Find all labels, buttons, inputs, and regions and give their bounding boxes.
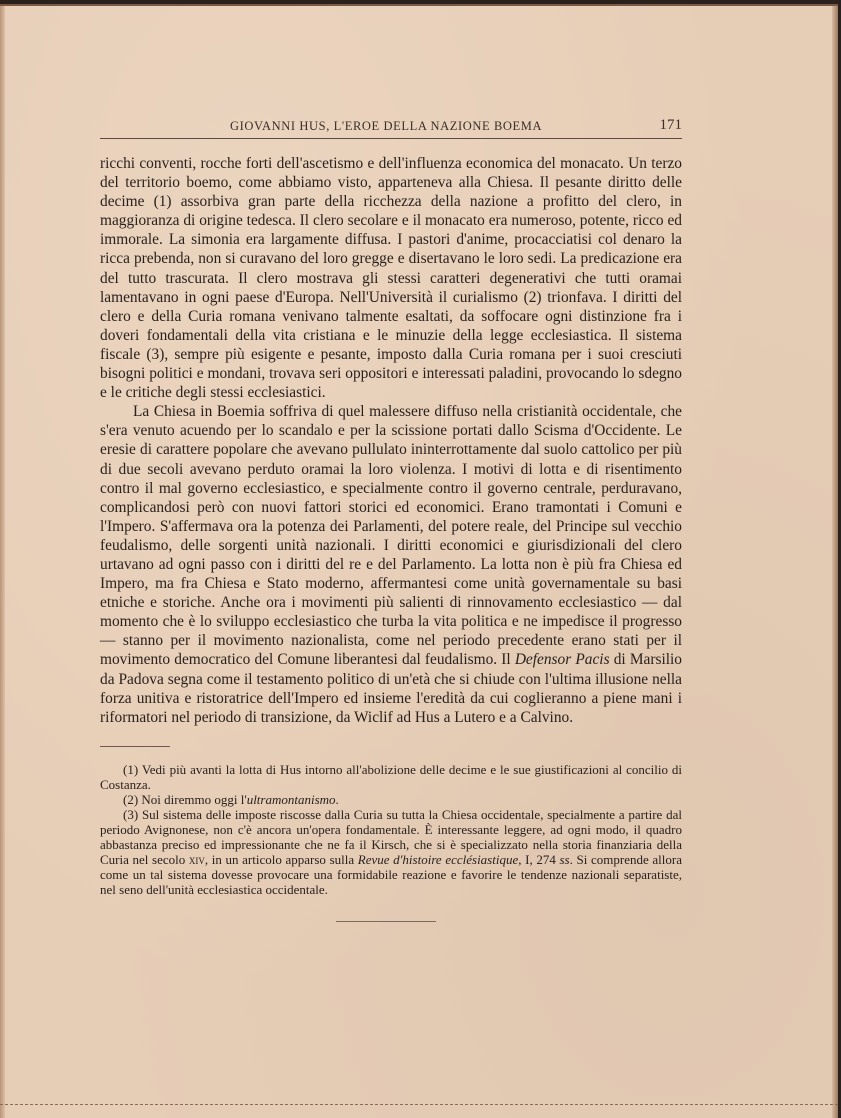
- footnote-marker: (3): [123, 807, 138, 822]
- footnote-text-mid: , in un articolo apparso sulla: [205, 852, 358, 867]
- book-page: Giovanni Hus, l'eroe della nazione boema…: [0, 4, 838, 1116]
- footnote-marker: (1): [123, 762, 138, 777]
- end-rule: [336, 921, 436, 922]
- journal-title: Revue d'histoire ecclésiastique: [358, 852, 518, 867]
- page-bottom-deckle: [0, 1104, 838, 1105]
- footnote-text: Vedi più avanti la lotta di Hus intorno …: [100, 762, 682, 792]
- footnote-ss: ss: [559, 852, 569, 867]
- century-numeral: xiv: [189, 852, 205, 867]
- body-text: ricchi conventi, rocche forti dell'ascet…: [100, 154, 682, 727]
- book-title-defensor-pacis: Defensor Pacis: [515, 651, 610, 668]
- paragraph-1: ricchi conventi, rocche forti dell'ascet…: [100, 154, 682, 402]
- paragraph-2-text: La Chiesa in Boemia soffriva di quel mal…: [100, 403, 682, 668]
- footnote-3: (3) Sul sistema delle imposte riscosse d…: [100, 807, 682, 897]
- footnote-1: (1) Vedi più avanti la lotta di Hus into…: [100, 762, 682, 792]
- page-right-edge: [832, 6, 838, 1116]
- footnote-2: (2) Noi diremmo oggi l'ultramontanismo.: [100, 792, 682, 807]
- paragraph-2: La Chiesa in Boemia soffriva di quel mal…: [100, 402, 682, 727]
- footnotes: (1) Vedi più avanti la lotta di Hus into…: [100, 762, 682, 897]
- page-number: 171: [660, 117, 683, 134]
- footnote-text-end: .: [336, 792, 339, 807]
- page-left-edge: [0, 6, 5, 1116]
- header-rule: [100, 138, 682, 139]
- footnote-separator: [100, 746, 170, 747]
- footnote-text: Noi diremmo oggi l': [138, 792, 247, 807]
- footnote-italic-term: ultramontanismo: [247, 792, 336, 807]
- footnote-citation: , I, 274: [518, 852, 559, 867]
- running-title: Giovanni Hus, l'eroe della nazione boema: [230, 119, 542, 134]
- footnote-marker: (2): [123, 792, 138, 807]
